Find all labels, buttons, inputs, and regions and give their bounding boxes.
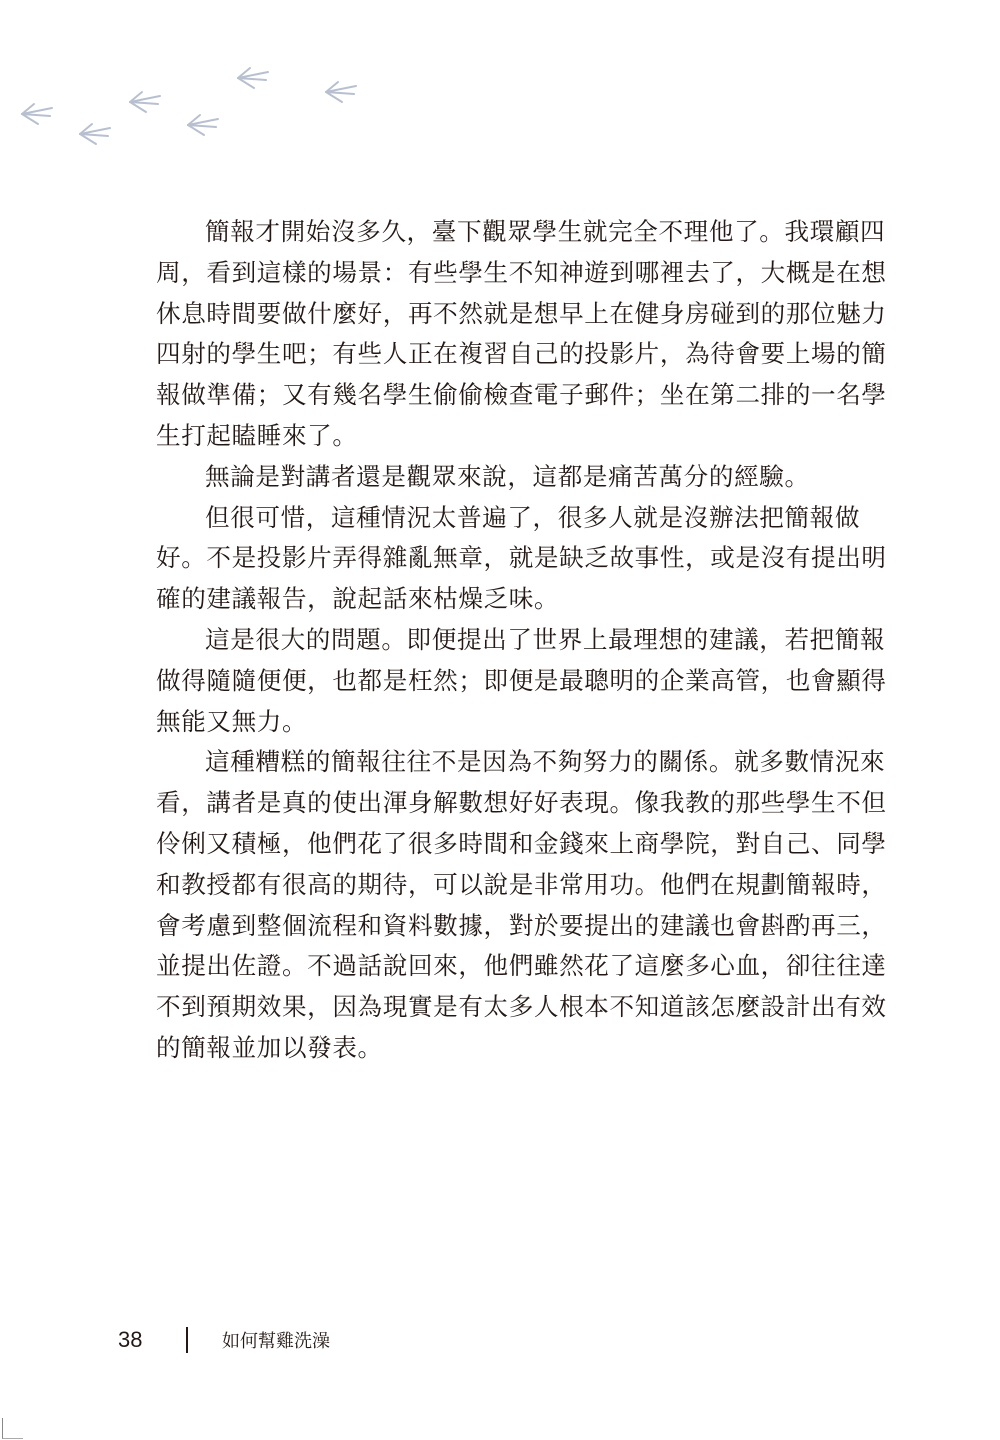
text-line: 伶俐又積極，他們花了很多時間和金錢來上商學院，對自己、同學 <box>156 824 868 865</box>
text-line: 和教授都有很高的期待，可以說是非常用功。他們在規劃簡報時， <box>156 865 868 906</box>
text-line: 生打起瞌睡來了。 <box>156 416 868 457</box>
text-line: 會考慮到整個流程和資料數據，對於要提出的建議也會斟酌再三， <box>156 906 868 947</box>
bird-footprint-icon <box>128 90 162 114</box>
paragraph: 但很可惜，這種情況太普遍了，很多人就是沒辦法把簡報做 好。不是投影片弄得雜亂無章… <box>156 498 868 620</box>
bird-footprint-icon <box>236 66 270 90</box>
text-line: 不到預期效果，因為現實是有太多人根本不知道該怎麼設計出有效 <box>156 987 868 1028</box>
bird-footprint-icon <box>186 113 220 137</box>
text-line: 簡報才開始沒多久，臺下觀眾學生就完全不理他了。我環顧四 <box>156 212 868 253</box>
book-title: 如何幫雞洗澡 <box>222 1327 330 1353</box>
paragraph: 簡報才開始沒多久，臺下觀眾學生就完全不理他了。我環顧四 周，看到這樣的場景：有些… <box>156 212 868 457</box>
text-line: 但很可惜，這種情況太普遍了，很多人就是沒辦法把簡報做 <box>156 498 868 539</box>
text-line: 無論是對講者還是觀眾來說，這都是痛苦萬分的經驗。 <box>156 457 868 498</box>
bird-footprint-icon <box>78 122 112 146</box>
text-line: 四射的學生吧；有些人正在複習自己的投影片，為待會要上場的簡 <box>156 334 868 375</box>
body-text: 簡報才開始沒多久，臺下觀眾學生就完全不理他了。我環顧四 周，看到這樣的場景：有些… <box>156 212 868 1069</box>
text-line: 報做準備；又有幾名學生偷偷檢查電子郵件；坐在第二排的一名學 <box>156 375 868 416</box>
footer-divider <box>186 1327 188 1353</box>
text-line: 周，看到這樣的場景：有些學生不知神遊到哪裡去了，大概是在想 <box>156 253 868 294</box>
paragraph: 這種糟糕的簡報往往不是因為不夠努力的關係。就多數情況來 看，講者是真的使出渾身解… <box>156 742 868 1068</box>
text-line: 休息時間要做什麼好，再不然就是想早上在健身房碰到的那位魅力 <box>156 294 868 335</box>
text-line: 無能又無力。 <box>156 702 868 743</box>
bird-footprints-decoration <box>0 50 380 160</box>
page-footer: 38 如何幫雞洗澡 <box>118 1320 330 1360</box>
text-line: 這種糟糕的簡報往往不是因為不夠努力的關係。就多數情況來 <box>156 742 868 783</box>
text-line: 的簡報並加以發表。 <box>156 1028 868 1069</box>
paragraph: 無論是對講者還是觀眾來說，這都是痛苦萬分的經驗。 <box>156 457 868 498</box>
bird-footprint-icon <box>324 80 358 104</box>
page-number: 38 <box>118 1327 186 1353</box>
text-line: 確的建議報告，說起話來枯燥乏味。 <box>156 579 868 620</box>
text-line: 這是很大的問題。即便提出了世界上最理想的建議，若把簡報 <box>156 620 868 661</box>
bird-footprint-icon <box>20 102 54 126</box>
text-line: 並提出佐證。不過話說回來，他們雖然花了這麼多心血，卻往往達 <box>156 946 868 987</box>
paragraph: 這是很大的問題。即便提出了世界上最理想的建議，若把簡報 做得隨隨便便，也都是枉然… <box>156 620 868 742</box>
text-line: 好。不是投影片弄得雜亂無章，就是缺乏故事性，或是沒有提出明 <box>156 538 868 579</box>
text-line: 看，講者是真的使出渾身解數想好好表現。像我教的那些學生不但 <box>156 783 868 824</box>
crop-mark <box>2 1418 23 1439</box>
text-line: 做得隨隨便便，也都是枉然；即便是最聰明的企業高管，也會顯得 <box>156 661 868 702</box>
